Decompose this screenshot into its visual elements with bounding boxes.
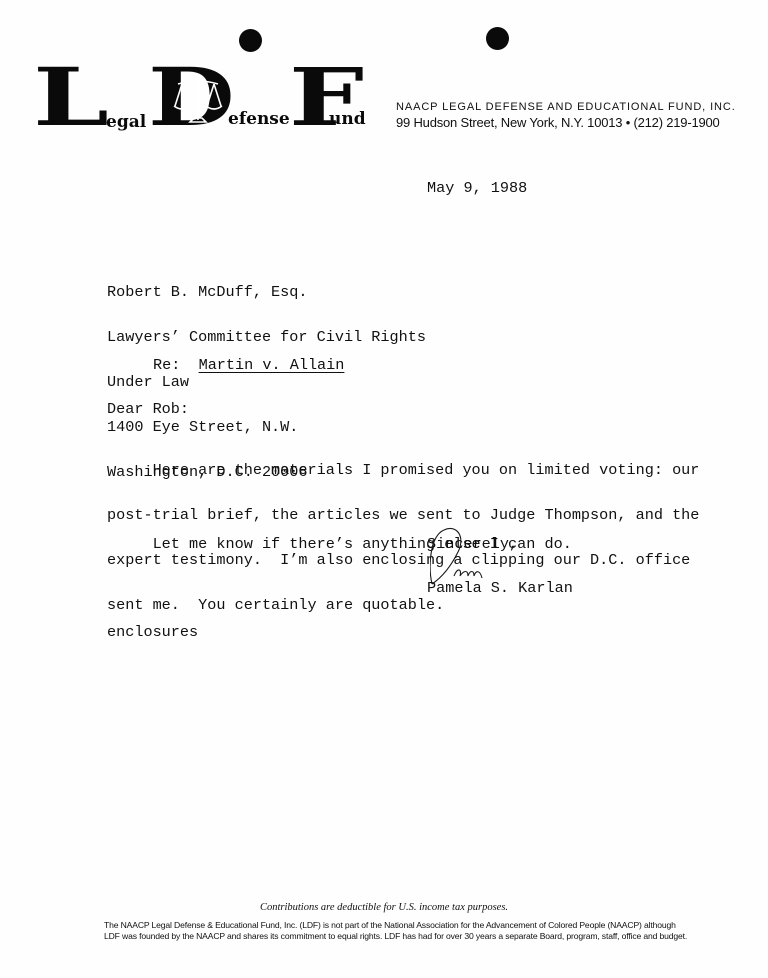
tax-deductible-note: Contributions are deductible for U.S. in… [0,902,768,913]
closing: Sincerely, [427,537,518,552]
enclosures-note: enclosures [107,625,198,640]
letter-date: May 9, 1988 [427,181,527,196]
signer-name: Pamela S. Karlan [427,581,573,596]
footer-disclaimer: The NAACP Legal Defense & Educational Fu… [104,920,687,942]
body-line: Here are the materials I promised you on… [107,463,699,478]
re-label: Re: [153,356,180,374]
recipient-line: Robert B. McDuff, Esq. [107,285,426,300]
logo-word-und: und [329,111,366,128]
logo-dot-left [239,29,262,52]
recipient-line: Lawyers’ Committee for Civil Rights [107,330,426,345]
recipient-line: Under Law [107,375,426,390]
org-address: 99 Hudson Street, New York, N.Y. 10013 •… [396,115,720,130]
salutation: Dear Rob: [107,402,189,417]
subject-line: Re: Martin v. Allain [153,358,344,373]
logo-word-efense: efense [228,111,290,128]
logo-letter-l: L [33,57,106,137]
disclaimer-line: LDF was founded by the NAACP and shares … [104,931,687,942]
logo-word-egal: egal [106,114,146,131]
scales-of-justice-icon [172,76,224,126]
disclaimer-line: The NAACP Legal Defense & Educational Fu… [104,920,687,931]
org-name: NAACP LEGAL DEFENSE AND EDUCATIONAL FUND… [396,101,736,113]
body-line: sent me. You certainly are quotable. [107,598,699,613]
letter-page: L egal D efense F und NAACP LEGAL DEFENS… [0,0,768,978]
case-name: Martin v. Allain [199,356,345,374]
logo-dot-right [486,27,509,50]
